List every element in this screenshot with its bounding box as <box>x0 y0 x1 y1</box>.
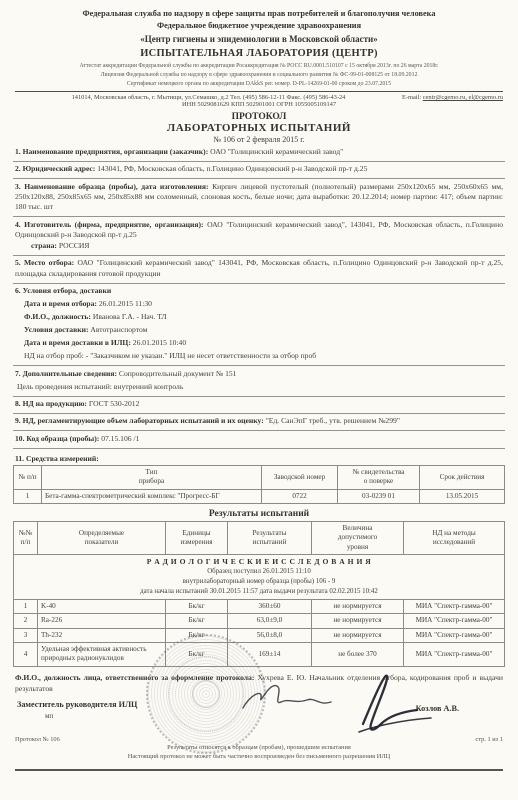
item-7-label: 7. Дополнительные сведения: <box>15 369 117 378</box>
row-indicator: Ra-226 <box>38 614 166 628</box>
row-unit: Бк/кг <box>166 614 228 628</box>
table-row: 4 Удельная эффективная активность природ… <box>14 643 505 667</box>
row-result: 56,0±8,0 <box>228 628 312 642</box>
instrument-validity: 13.05.2015 <box>420 489 505 503</box>
accreditation-line3: Сертификат немецкого органа по аккредита… <box>13 80 505 89</box>
instruments-col-certificate: № свидетельства о поверке <box>338 465 420 489</box>
row-num: 2 <box>14 614 38 628</box>
org-name-line2: Федеральное бюджетное учреждение здравоо… <box>13 20 505 32</box>
item-5-value: ОАО "Голицинский керамический завод" 143… <box>15 258 503 277</box>
row-method: МИА "Спектр-гамма-00" <box>404 628 505 642</box>
item-6-row-3-value: 26.01.2015 10:40 <box>133 338 186 347</box>
item-6-row-0-label: Дата и время отбора: <box>24 299 97 308</box>
item-6-row-2: Условия доставки: Автотранспортом <box>15 325 503 335</box>
item-5-label: 5. Место отбора: <box>15 258 74 267</box>
row-num: 4 <box>14 643 38 667</box>
results-col-indicator: Определяемые показатели <box>38 522 166 555</box>
instruments-col-num: № п/п <box>14 465 42 489</box>
row-indicator: K-40 <box>38 599 166 613</box>
org-email: E-mail: centr@cgemo.ru, el@cgemo.ru <box>402 94 503 101</box>
org-name-line3: «Центр гигиены и эпидемиологии в Московс… <box>13 33 505 47</box>
footer-page-number: стр. 1 из 1 <box>475 736 503 743</box>
item-10-value: 07.15.106 /1 <box>101 434 139 443</box>
row-allowed: не нормируется <box>312 628 404 642</box>
item-1-label: 1. Наименование предприятия, организации… <box>15 147 208 156</box>
email-value: centr@cgemo.ru, el@cgemo.ru <box>423 94 503 101</box>
item-4-country-value: РОССИЯ <box>59 241 90 250</box>
instrument-serial: 0722 <box>262 489 338 503</box>
item-9-label: 9. НД, регламентирующие объем лабораторн… <box>15 416 264 425</box>
sample-dates-info: дата начала испытаний 30.01.2015 11:57 д… <box>17 587 501 597</box>
org-name-line1: Федеральная служба по надзору в сфере за… <box>13 8 505 20</box>
item-9-value: "Ед. СанЭпГ треб., утв. решением №299" <box>266 416 400 425</box>
instruments-col-validity: Срок действия <box>420 465 505 489</box>
item-4-label: 4. Изготовитель (фирма, предприятие, орг… <box>15 220 204 229</box>
deputy-name: Козлов А.В. <box>416 704 459 720</box>
protocol-document: Федеральная служба по надзору в сфере за… <box>0 0 518 800</box>
instrument-certificate: 03-0239 01 <box>338 489 420 503</box>
sample-lab-number: внутрилабораторный номер образца (пробы)… <box>17 577 501 587</box>
row-num: 3 <box>14 628 38 642</box>
item-6-row-3-label: Дата и время доставки в ИЛЦ: <box>24 338 131 347</box>
footer-note-2: Настоящий протокол не может быть частичн… <box>13 752 505 762</box>
row-allowed: не нормируется <box>312 599 404 613</box>
footer-row: Протокол № 106 стр. 1 из 1 <box>13 736 505 743</box>
results-section-cell: Р А Д И О Л О Г И Ч Е С К И Е И С С Л Е … <box>14 555 505 600</box>
row-indicator: Удельная эффективная активность природны… <box>38 643 166 667</box>
item-8-label: 8. НД на продукцию: <box>15 399 87 408</box>
results-header-row: №№ п/п Определяемые показатели Единицы и… <box>14 522 505 555</box>
item-6-nd-note: НД на отбор проб: - "Заказчиком не указа… <box>15 351 503 361</box>
results-table: №№ п/п Определяемые показатели Единицы и… <box>13 521 505 667</box>
row-method: МИА "Спектр-гамма-00" <box>404 614 505 628</box>
instruments-col-type: Тип прибора <box>42 465 262 489</box>
lab-title: ИСПЫТАТЕЛЬНАЯ ЛАБОРАТОРИЯ (ЦЕНТР) <box>13 46 505 62</box>
item-11-heading: 11. Средства измерений: <box>15 454 505 463</box>
item-7: 7. Дополнительные сведения: Сопроводител… <box>13 366 505 396</box>
row-allowed: не более 370 <box>312 643 404 667</box>
item-3-label: 3. Наименование образца (пробы), дата из… <box>15 182 209 191</box>
results-col-unit: Единицы измерения <box>166 522 228 555</box>
results-section-title: Р А Д И О Л О Г И Ч Е С К И Е И С С Л Е … <box>17 557 501 567</box>
instrument-type: Бета-гамма-спектрометрический комплекс "… <box>42 489 262 503</box>
results-col-result: Результаты испытаний <box>228 522 312 555</box>
row-indicator: Th-232 <box>38 628 166 642</box>
table-row: 3 Th-232 Бк/кг 56,0±8,0 не нормируется М… <box>14 628 505 642</box>
deputy-title: Заместитель руководителя ИЛЦ <box>17 700 137 709</box>
signature-row: Заместитель руководителя ИЛЦ мп Козлов А… <box>13 700 505 720</box>
item-6-row-0-value: 26.01.2015 11:30 <box>99 299 152 308</box>
item-3: 3. Наименование образца (пробы), дата из… <box>13 179 505 217</box>
org-registration: ИНН 5029081629 КПП 502901001 ОГРН 105500… <box>13 101 505 108</box>
instrument-num: 1 <box>14 489 42 503</box>
item-1: 1. Наименование предприятия, организации… <box>13 144 505 161</box>
address-row: 141014, Московская область, г. Мытищи, у… <box>13 93 505 101</box>
instruments-header-row: № п/п Тип прибора Заводской номер № свид… <box>14 465 505 489</box>
row-unit: Бк/кг <box>166 643 228 667</box>
item-4-country-label: страна: <box>31 241 57 250</box>
doc-title: ПРОТОКОЛ <box>13 112 505 122</box>
item-9: 9. НД, регламентирующие объем лабораторн… <box>13 414 505 431</box>
item-6-row-2-value: Автотранспортом <box>90 325 147 334</box>
deputy-block: Заместитель руководителя ИЛЦ мп <box>17 700 137 720</box>
item-2-label: 2. Юридический адрес: <box>15 164 95 173</box>
sample-received-info: Образец поступил 26.01.2015 11:10 <box>17 567 501 577</box>
item-6-row-0: Дата и время отбора: 26.01.2015 11:30 <box>15 299 503 309</box>
signature-2-flourish <box>359 718 431 732</box>
row-num: 1 <box>14 599 38 613</box>
item-4-country: страна: РОССИЯ <box>15 241 503 251</box>
item-4: 4. Изготовитель (фирма, предприятие, орг… <box>13 217 505 255</box>
item-6-row-1: Ф.И.О., должность: Иванова Г.А. - Нач. Т… <box>15 312 503 322</box>
item-2: 2. Юридический адрес: 143041, РФ, Москов… <box>13 162 505 179</box>
row-method: МИА "Спектр-гамма-00" <box>404 643 505 667</box>
header-divider <box>15 91 503 92</box>
table-row: 1 Бета-гамма-спектрометрический комплекс… <box>14 489 505 503</box>
item-6: 6. Условия отбора, доставки Дата и время… <box>13 284 505 366</box>
item-8: 8. НД на продукцию: ГОСТ 530-2012 <box>13 397 505 414</box>
accreditation-line2: Лицензия Федеральной службы по надзору в… <box>13 71 505 80</box>
accreditation-line1: Аттестат аккредитации Федеральной службы… <box>13 62 505 71</box>
results-col-allowed: Величина допустимого уровня <box>312 522 404 555</box>
item-7-extra: Цель проведения испытаний: внутренний ко… <box>15 382 503 392</box>
item-8-value: ГОСТ 530-2012 <box>89 399 140 408</box>
results-title: Результаты испытаний <box>13 509 505 519</box>
item-6-row-1-value: Иванова Г.А. - Нач. ТЛ <box>93 312 167 321</box>
item-6-row-2-label: Условия доставки: <box>24 325 88 334</box>
stamp-place-label: мп <box>45 712 137 720</box>
instruments-col-serial: Заводской номер <box>262 465 338 489</box>
item-6-row-3: Дата и время доставки в ИЛЦ: 26.01.2015 … <box>15 338 503 348</box>
item-5: 5. Место отбора: ОАО "Голицинский керами… <box>13 256 505 284</box>
row-method: МИА "Спектр-гамма-00" <box>404 599 505 613</box>
doc-subtitle: ЛАБОРАТОРНЫХ ИСПЫТАНИЙ <box>13 122 505 134</box>
footer-note-1: Результаты относятся к образцам (пробам)… <box>13 743 505 753</box>
results-col-num: №№ п/п <box>14 522 38 555</box>
email-label: E-mail: <box>402 94 423 101</box>
row-allowed: не нормируется <box>312 614 404 628</box>
table-row: 1 K-40 Бк/кг 360±60 не нормируется МИА "… <box>14 599 505 613</box>
org-address: 141014, Московская область, г. Мытищи, у… <box>15 94 402 101</box>
row-unit: Бк/кг <box>166 599 228 613</box>
item-1-value: ОАО "Голицинский керамический завод" <box>210 147 343 156</box>
results-section-band: Р А Д И О Л О Г И Ч Е С К И Е И С С Л Е … <box>14 555 505 600</box>
footer-protocol-number: Протокол № 106 <box>15 736 60 743</box>
doc-number: № 106 от 2 февраля 2015 г. <box>13 135 505 144</box>
bottom-divider <box>15 769 503 771</box>
item-6-row-1-label: Ф.И.О., должность: <box>24 312 91 321</box>
instruments-table: № п/п Тип прибора Заводской номер № свид… <box>13 465 505 504</box>
responsible-label: Ф.И.О., должность лица, ответственного з… <box>15 673 254 682</box>
item-6-heading: 6. Условия отбора, доставки <box>15 286 111 295</box>
results-col-method: НД на методы исследований <box>404 522 505 555</box>
responsible-person-line: Ф.И.О., должность лица, ответственного з… <box>13 672 505 694</box>
item-10-label: 10. Код образца (пробы): <box>15 434 99 443</box>
item-7-value: Сопроводительный документ № 151 <box>119 369 237 378</box>
row-result: 63,0±9,0 <box>228 614 312 628</box>
item-2-value: 143041, РФ, Московская область, п.Голици… <box>97 164 367 173</box>
row-unit: Бк/кг <box>166 628 228 642</box>
row-result: 169±14 <box>228 643 312 667</box>
row-result: 360±60 <box>228 599 312 613</box>
table-row: 2 Ra-226 Бк/кг 63,0±9,0 не нормируется М… <box>14 614 505 628</box>
item-10: 10. Код образца (пробы): 07.15.106 /1 <box>13 431 505 448</box>
